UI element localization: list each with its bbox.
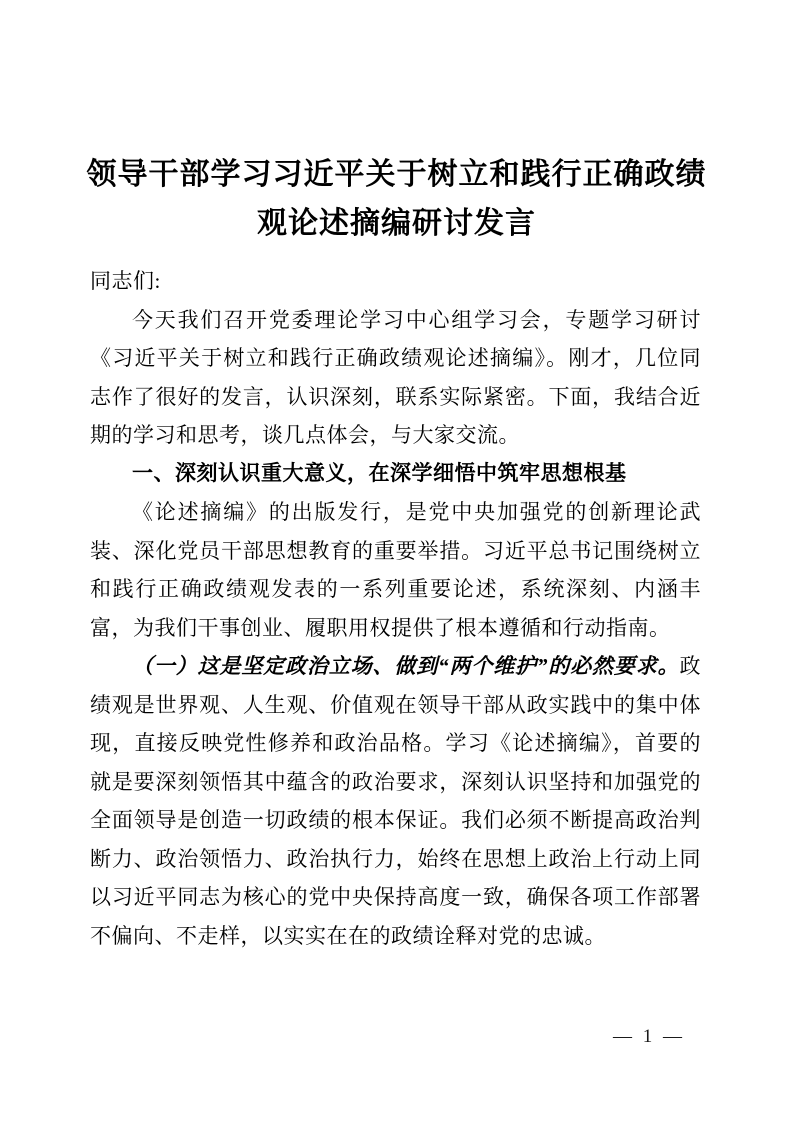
- paragraph-point-1: （一）这是坚定政治立场、做到“两个维护”的必然要求。政绩观是世界观、人生观、价值…: [90, 647, 701, 955]
- paragraph-section-overview: 《论述摘编》的出版发行，是党中央加强党的创新理论武装、深化党员干部思想教育的重要…: [90, 493, 701, 647]
- title-line-1: 领导干部学习习近平关于树立和践行正确政绩: [70, 150, 723, 199]
- point-1-body-text: 政绩观是世界观、人生观、价值观在领导干部从政实践中的集中体现，直接反映党性修养和…: [90, 654, 701, 948]
- document-page: 领导干部学习习近平关于树立和践行正确政绩 观论述摘编研讨发言 同志们: 今天我们…: [0, 0, 793, 1122]
- salutation: 同志们:: [90, 262, 701, 301]
- title-line-2: 观论述摘编研讨发言: [70, 199, 723, 248]
- document-title: 领导干部学习习近平关于树立和践行正确政绩 观论述摘编研讨发言: [0, 0, 793, 248]
- point-1-lead-sentence: （一）这是坚定政治立场、做到“两个维护”的必然要求。: [132, 654, 680, 678]
- paragraph-intro: 今天我们召开党委理论学习中心组学习会，专题学习研讨《习近平关于树立和践行正确政绩…: [90, 301, 701, 455]
- section-heading-1: 一、深刻认识重大意义，在深学细悟中筑牢思想根基: [90, 455, 701, 494]
- page-number: — 1 —: [613, 1026, 685, 1048]
- document-body: 同志们: 今天我们召开党委理论学习中心组学习会，专题学习研讨《习近平关于树立和践…: [90, 262, 701, 955]
